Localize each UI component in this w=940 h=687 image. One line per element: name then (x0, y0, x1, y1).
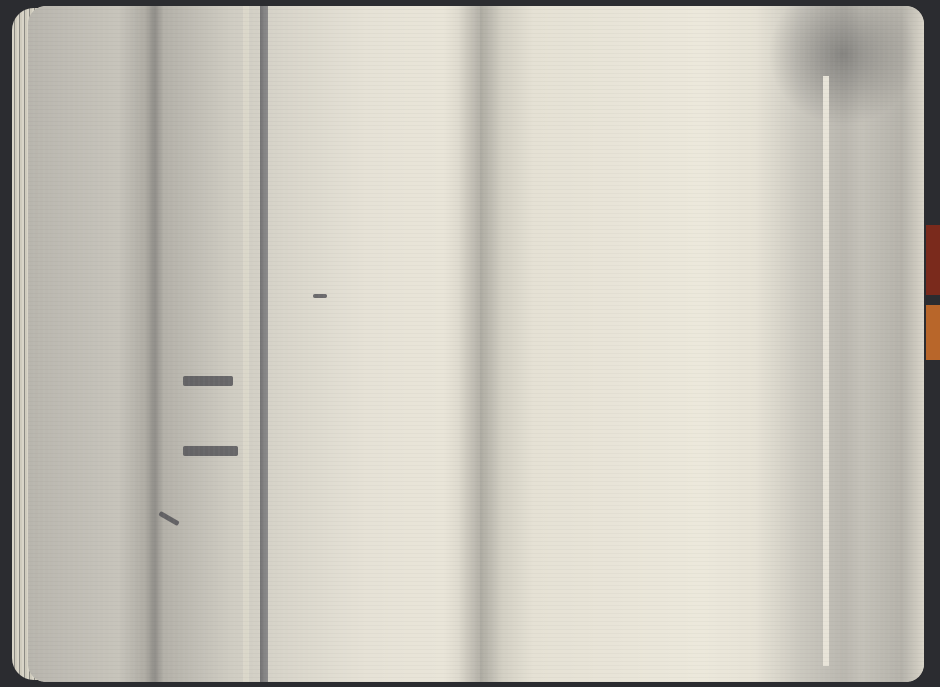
photo-background (0, 0, 940, 687)
orange-bookmark-tab (926, 305, 940, 360)
red-bookmark-tab (926, 225, 940, 295)
paper-texture (28, 6, 924, 682)
sketchbook (28, 6, 924, 682)
